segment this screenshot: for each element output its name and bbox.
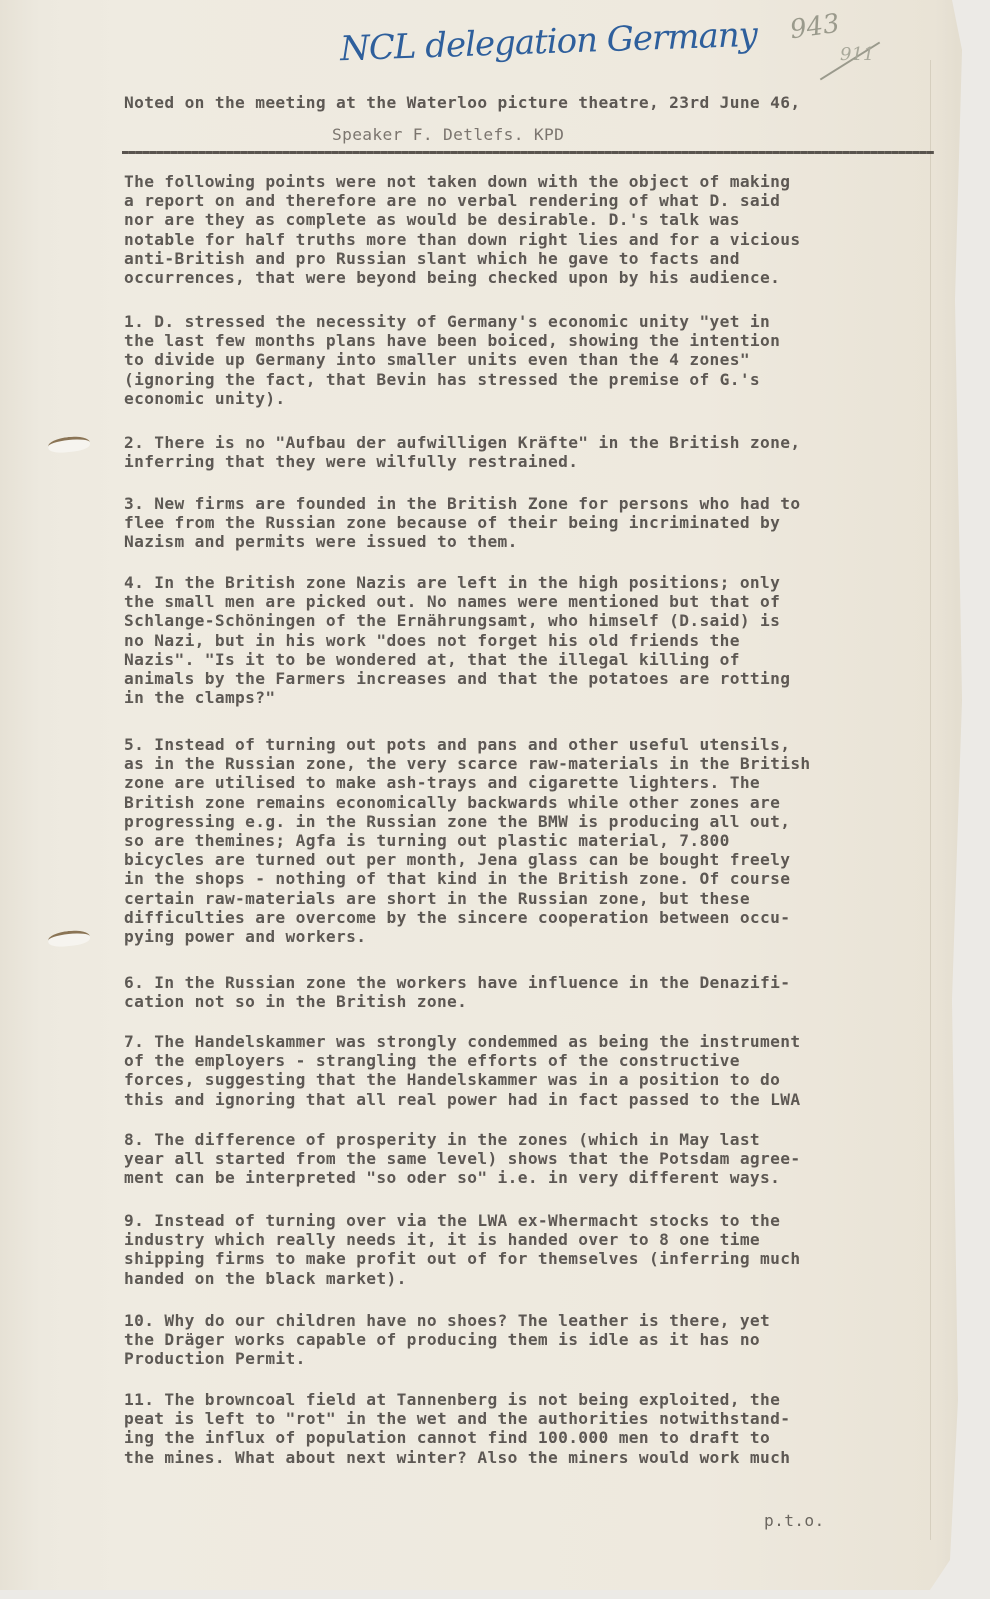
handwritten-reference-sub: 911 <box>840 44 874 65</box>
point-3: 3. New firms are founded in the British … <box>124 494 800 552</box>
point-11: 11. The browncoal field at Tannenberg is… <box>124 1390 790 1467</box>
intro-paragraph: The following points were not taken down… <box>124 172 800 287</box>
point-9: 9. Instead of turning over via the LWA e… <box>124 1211 800 1288</box>
typewritten-page: NCL delegation Germany 943 911 Noted on … <box>0 0 962 1590</box>
please-turn-over-note: p.t.o. <box>764 1511 825 1530</box>
punch-hole-bottom <box>47 929 90 948</box>
punch-hole-top <box>47 435 90 454</box>
handwritten-title: NCL delegation Germany <box>339 15 757 70</box>
point-5: 5. Instead of turning out pots and pans … <box>124 735 811 946</box>
point-10: 10. Why do our children have no shoes? T… <box>124 1311 770 1369</box>
handwritten-reference-number: 943 <box>788 9 841 46</box>
point-1: 1. D. stressed the necessity of Germany'… <box>124 312 780 408</box>
document-speaker: Speaker F. Detlefs. KPD <box>332 125 564 144</box>
heading-rule <box>122 151 934 154</box>
point-2: 2. There is no "Aufbau der aufwilligen K… <box>124 433 800 471</box>
paper-fold-line <box>930 60 931 1540</box>
point-8: 8. The difference of prosperity in the z… <box>124 1130 800 1188</box>
document-heading: Noted on the meeting at the Waterloo pic… <box>124 93 800 112</box>
point-6: 6. In the Russian zone the workers have … <box>124 973 790 1011</box>
point-7: 7. The Handelskammer was strongly condem… <box>124 1032 800 1109</box>
point-4: 4. In the British zone Nazis are left in… <box>124 573 790 707</box>
